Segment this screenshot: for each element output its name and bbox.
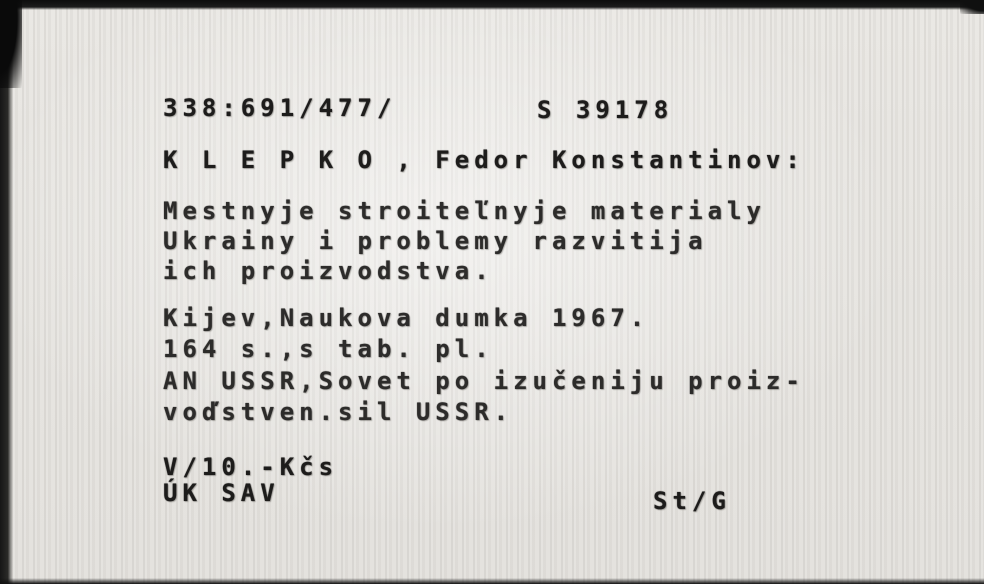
title-line: Ukrainy i problemy razvitija bbox=[163, 227, 708, 255]
title-line: ich proizvodstva. bbox=[163, 257, 494, 285]
title-line: Mestnyje stroiteľnyje materialy bbox=[163, 197, 766, 225]
author-line: K L E P K O , Fedor Konstantinov: bbox=[163, 146, 805, 174]
accession-number: S 39178 bbox=[537, 96, 673, 124]
scan-edge-top bbox=[0, 0, 984, 10]
imprint-line: 164 s.,s tab. pl. bbox=[163, 335, 494, 363]
imprint-line: voďstven.sil USSR. bbox=[163, 398, 513, 426]
cataloger-mark: St/G bbox=[653, 487, 731, 515]
call-number: 338:691/477/ bbox=[163, 94, 396, 122]
price-line: V/10.-Kčs bbox=[163, 453, 338, 481]
imprint-line: Kijev,Naukova dumka 1967. bbox=[163, 304, 649, 332]
scan-edge-bottom bbox=[0, 578, 984, 584]
scan-edge-right bbox=[960, 0, 984, 14]
library-line: ÚK SAV bbox=[163, 479, 280, 507]
imprint-line: AN USSR,Sovet po izučeniju proiz- bbox=[163, 367, 805, 395]
catalog-card-scan: 338:691/477/ S 39178 K L E P K O , Fedor… bbox=[0, 0, 984, 584]
scan-edge-corner-blob bbox=[0, 0, 22, 88]
